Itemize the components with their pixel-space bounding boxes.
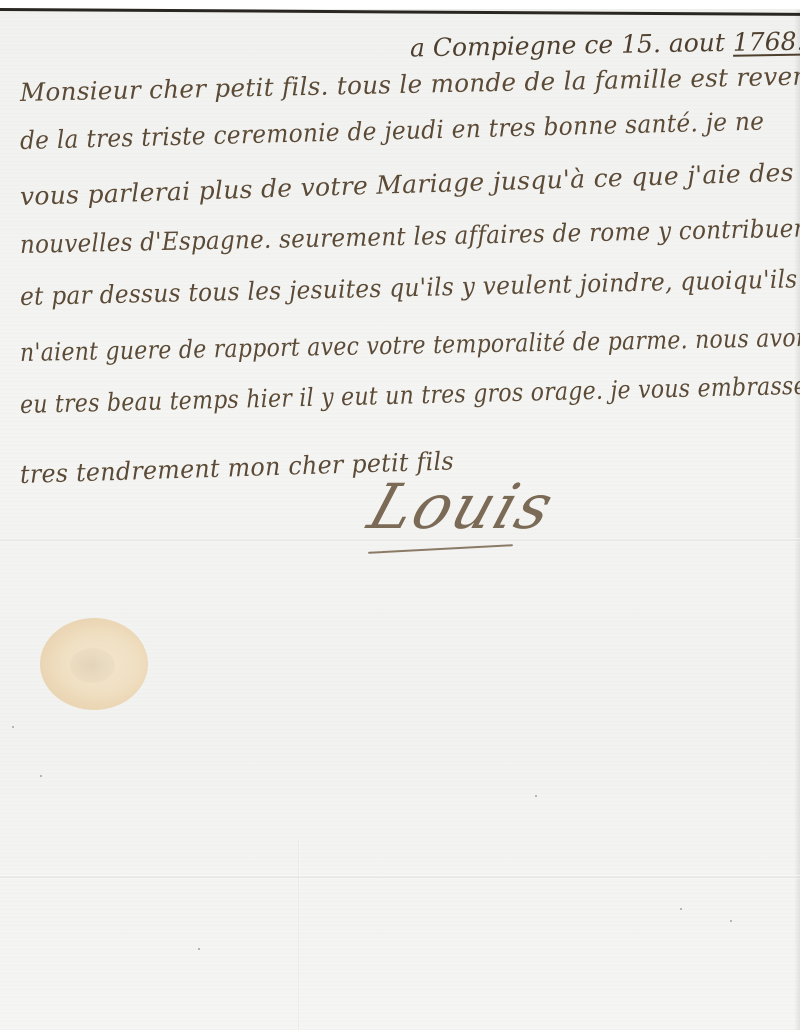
signature-flourish [368, 544, 513, 554]
fold-crease-vertical [298, 840, 300, 1030]
paper-speck [198, 948, 200, 950]
signature: Louis [360, 470, 564, 543]
letter-line-3: vous parlerai plus de votre Mariage jusq… [20, 158, 795, 211]
dateline-year: 1768. [733, 27, 800, 57]
letter-line-2: de la tres triste ceremonie de jeudi en … [20, 107, 765, 155]
paper-top-edge [0, 8, 800, 16]
paper-speck [535, 795, 537, 797]
fold-line-lower [0, 875, 800, 879]
letter-page: a Compiegne ce 15. aout 1768. Monsieur c… [0, 0, 800, 1030]
letter-line-5: et par dessus tous les jesuites qu'ils y… [20, 264, 798, 311]
paper-speck [12, 726, 14, 728]
letter-line-1: Monsieur cher petit fils. tous le monde … [20, 61, 800, 107]
paper-speck [680, 908, 682, 910]
background-margin [0, 0, 800, 9]
letter-line-6: n'aient guere de rapport avec votre temp… [20, 323, 800, 367]
fold-line-upper [0, 538, 800, 542]
paper-speck [40, 775, 42, 777]
dateline-place-day: a Compiegne ce 15. aout [410, 28, 725, 62]
wax-seal-center [70, 648, 115, 683]
paper-speck [730, 920, 732, 922]
letter-line-4: nouvelles d'Espagne. seurement les affai… [20, 213, 800, 259]
letter-line-7: eu tres beau temps hier il y eut un tres… [20, 371, 800, 419]
dateline: a Compiegne ce 15. aout 1768. [410, 27, 800, 63]
wax-seal-stain [40, 618, 148, 710]
